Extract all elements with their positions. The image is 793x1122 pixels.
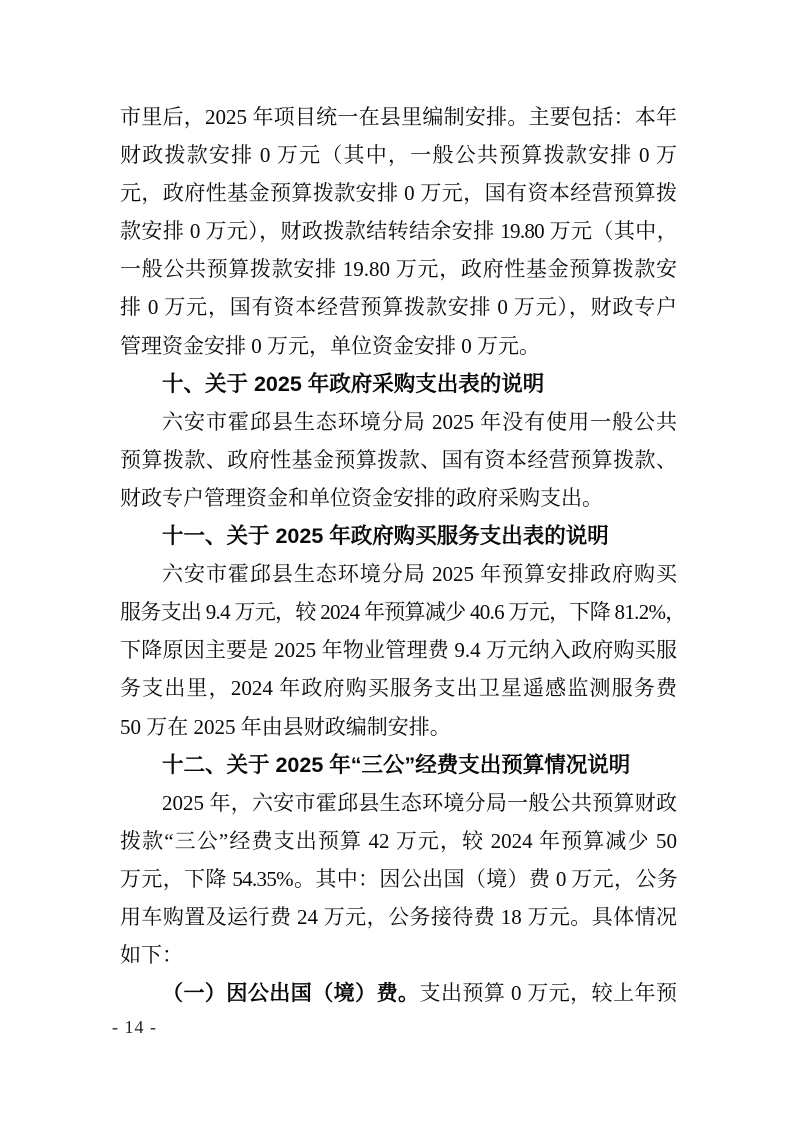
paragraph-carryover: 市里后，2025 年项目统一在县里编制安排。主要包括：本年财政拨款安排 0 万元… xyxy=(120,98,677,365)
text-line: 务支出里，2024 年政府购买服务支出卫星遥感监测服务费 xyxy=(120,669,677,707)
text-line: （一）因公出国（境）费。支出预算 0 万元，较上年预 xyxy=(120,974,677,1012)
text-line: 用车购置及运行费 24 万元，公务接待费 18 万元。具体情况 xyxy=(120,898,677,936)
text-line: 2025 年，六安市霍邱县生态环境分局一般公共预算财政 xyxy=(120,784,677,822)
text-line: 如下： xyxy=(120,936,677,974)
text-line: 万元，下降 54.35%。其中：因公出国（境）费 0 万元，公务 xyxy=(120,860,677,898)
page-number: - 14 - xyxy=(112,1013,157,1041)
text-line: 排 0 万元，国有资本经营预算拨款安排 0 万元），财政专户 xyxy=(120,288,677,326)
paragraph-section-12: 2025 年，六安市霍邱县生态环境分局一般公共预算财政拨款“三公”经费支出预算 … xyxy=(120,784,677,974)
text-line: 十二、关于 2025 年“三公”经费支出预算情况说明 xyxy=(120,746,677,784)
text-line: 十一、关于 2025 年政府购买服务支出表的说明 xyxy=(120,517,677,555)
text-line: 十、关于 2025 年政府采购支出表的说明 xyxy=(120,365,677,403)
text-block: 市里后，2025 年项目统一在县里编制安排。主要包括：本年财政拨款安排 0 万元… xyxy=(120,98,677,1012)
text-line: 50 万在 2025 年由县财政编制安排。 xyxy=(120,708,677,746)
text-line: 财政专户管理资金和单位资金安排的政府采购支出。 xyxy=(120,479,677,517)
bold-lead-text: （一）因公出国（境）费。 xyxy=(162,982,420,1005)
heading-section-12: 十二、关于 2025 年“三公”经费支出预算情况说明 xyxy=(120,746,677,784)
heading-section-10: 十、关于 2025 年政府采购支出表的说明 xyxy=(120,365,677,403)
heading-section-11: 十一、关于 2025 年政府购买服务支出表的说明 xyxy=(120,517,677,555)
paragraph-section-10: 六安市霍邱县生态环境分局 2025 年没有使用一般公共预算拨款、政府性基金预算拨… xyxy=(120,403,677,517)
text-line: 市里后，2025 年项目统一在县里编制安排。主要包括：本年 xyxy=(120,98,677,136)
text-line: 服务支出 9.4 万元，较 2024 年预算减少 40.6 万元，下降 81.2… xyxy=(120,593,677,631)
text-line: 拨款“三公”经费支出预算 42 万元，较 2024 年预算减少 50 xyxy=(120,822,677,860)
text-line: 管理资金安排 0 万元，单位资金安排 0 万元。 xyxy=(120,327,677,365)
document-page: 市里后，2025 年项目统一在县里编制安排。主要包括：本年财政拨款安排 0 万元… xyxy=(0,0,793,1122)
body-text: 支出预算 0 万元，较上年预 xyxy=(420,981,678,1005)
text-line: 六安市霍邱县生态环境分局 2025 年没有使用一般公共 xyxy=(120,403,677,441)
text-line: 六安市霍邱县生态环境分局 2025 年预算安排政府购买 xyxy=(120,555,677,593)
text-line: 元，政府性基金预算拨款安排 0 万元，国有资本经营预算拨 xyxy=(120,174,677,212)
text-line: 财政拨款安排 0 万元（其中，一般公共预算拨款安排 0 万 xyxy=(120,136,677,174)
text-line: 一般公共预算拨款安排 19.80 万元，政府性基金预算拨款安 xyxy=(120,250,677,288)
paragraph-item-1: （一）因公出国（境）费。支出预算 0 万元，较上年预 xyxy=(120,974,677,1012)
text-line: 下降原因主要是 2025 年物业管理费 9.4 万元纳入政府购买服 xyxy=(120,631,677,669)
text-line: 款安排 0 万元），财政拨款结转结余安排 19.80 万元（其中， xyxy=(120,212,677,250)
paragraph-section-11: 六安市霍邱县生态环境分局 2025 年预算安排政府购买服务支出 9.4 万元，较… xyxy=(120,555,677,745)
text-line: 预算拨款、政府性基金预算拨款、国有资本经营预算拨款、 xyxy=(120,441,677,479)
